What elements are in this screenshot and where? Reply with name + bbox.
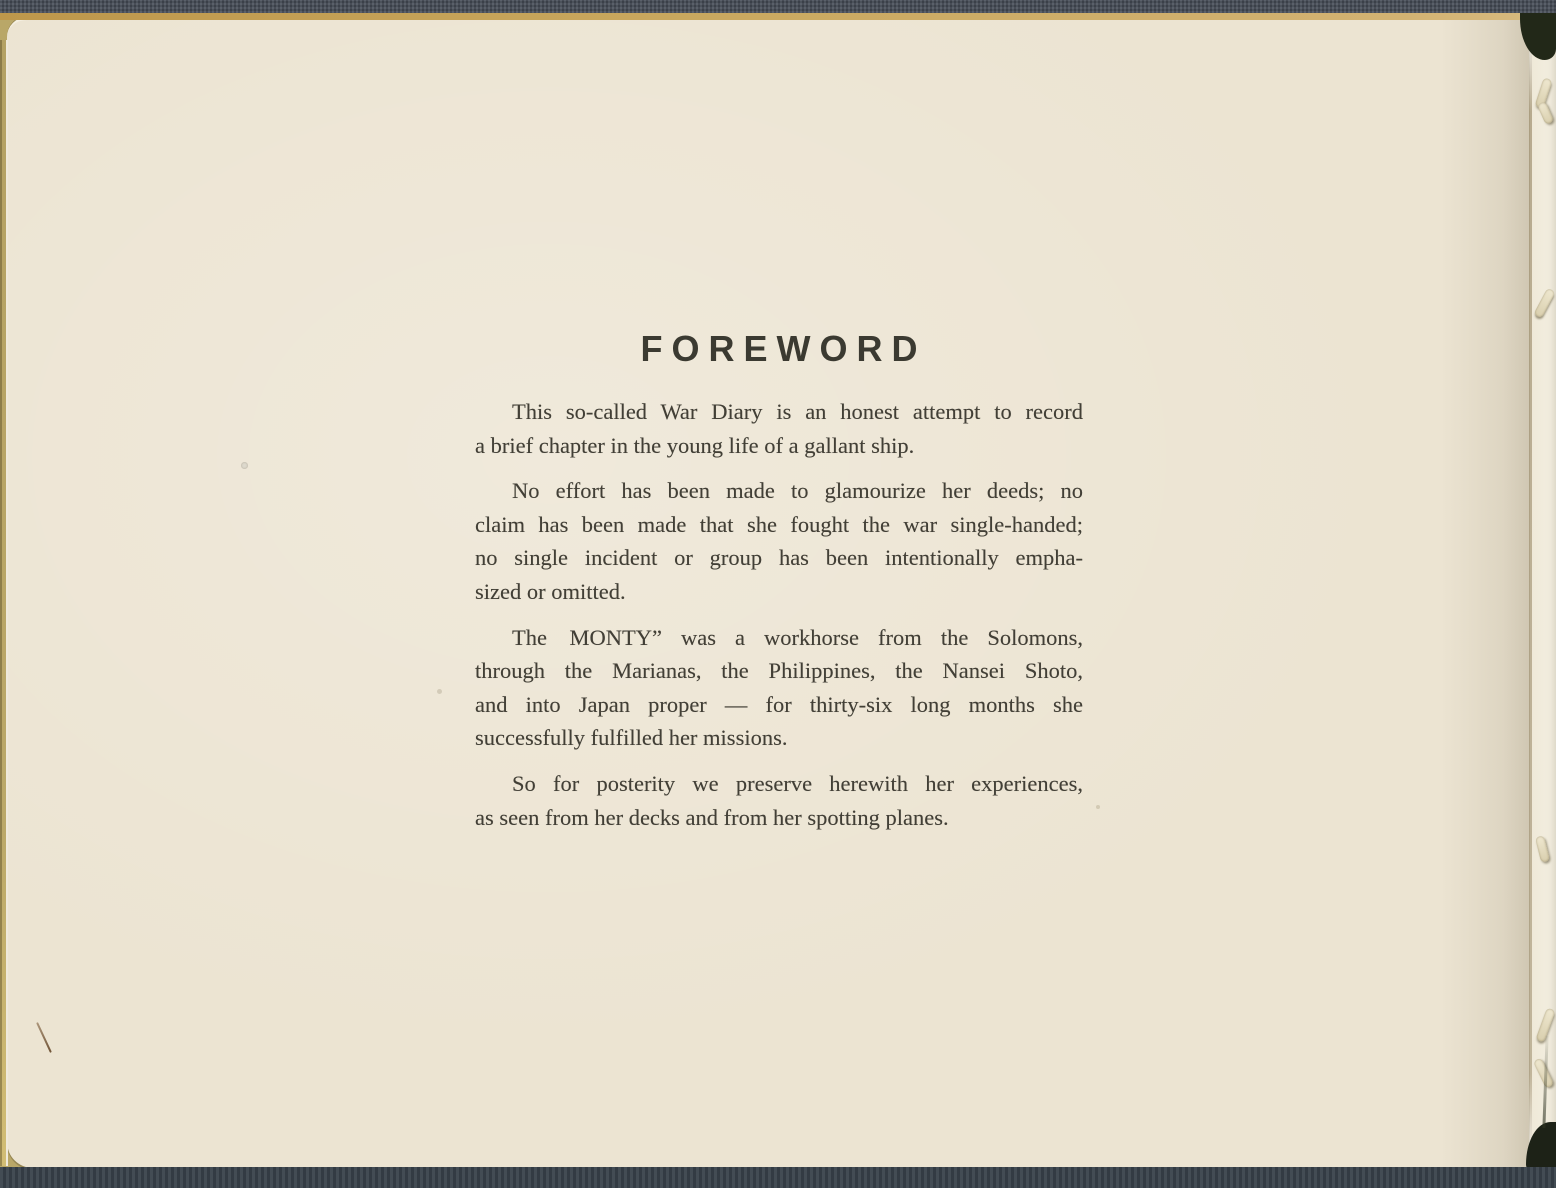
page-stack-edge-left bbox=[0, 40, 8, 1166]
scanned-book-page: FOREWORD This so-called War Diary is an … bbox=[0, 0, 1556, 1188]
paragraphs: This so-called War Diary is an honest at… bbox=[475, 395, 1083, 834]
text-line: and into Japan proper — for thirty-six l… bbox=[475, 688, 1083, 722]
paper-speck bbox=[241, 462, 248, 469]
text-line: as seen from her decks and from her spot… bbox=[475, 801, 1083, 835]
book-cover-edge-top bbox=[0, 0, 1556, 13]
text-line: The MONTY” was a workhorse from the Solo… bbox=[475, 621, 1083, 655]
text-line: No effort has been made to glamourize he… bbox=[475, 474, 1083, 508]
book-cover-edge-bottom bbox=[0, 1167, 1556, 1188]
paragraph: The MONTY” was a workhorse from the Solo… bbox=[475, 621, 1083, 755]
paper-speck bbox=[437, 689, 442, 694]
text-line: claim has been made that she fought the … bbox=[475, 508, 1083, 542]
text-line: a brief chapter in the young life of a g… bbox=[475, 429, 1083, 463]
page-title: FOREWORD bbox=[475, 329, 1083, 369]
paragraph: So for posterity we preserve herewith he… bbox=[475, 767, 1083, 834]
text-line: successfully fulfilled her missions. bbox=[475, 721, 1083, 755]
gutter-crease bbox=[1529, 20, 1532, 1166]
text-line: So for posterity we preserve herewith he… bbox=[475, 767, 1083, 801]
text-line: no single incident or group has been int… bbox=[475, 541, 1083, 575]
paragraph: No effort has been made to glamourize he… bbox=[475, 474, 1083, 608]
text-block: FOREWORD This so-called War Diary is an … bbox=[475, 329, 1083, 846]
gutter-shadow bbox=[1440, 17, 1530, 1168]
binding-gutter bbox=[1532, 17, 1556, 1168]
text-line: through the Marianas, the Philippines, t… bbox=[475, 654, 1083, 688]
text-line: This so-called War Diary is an honest at… bbox=[475, 395, 1083, 429]
paper-speck bbox=[1096, 805, 1100, 809]
paragraph: This so-called War Diary is an honest at… bbox=[475, 395, 1083, 462]
text-line: sized or omitted. bbox=[475, 575, 1083, 609]
page-stack-edge-top bbox=[0, 13, 1556, 20]
